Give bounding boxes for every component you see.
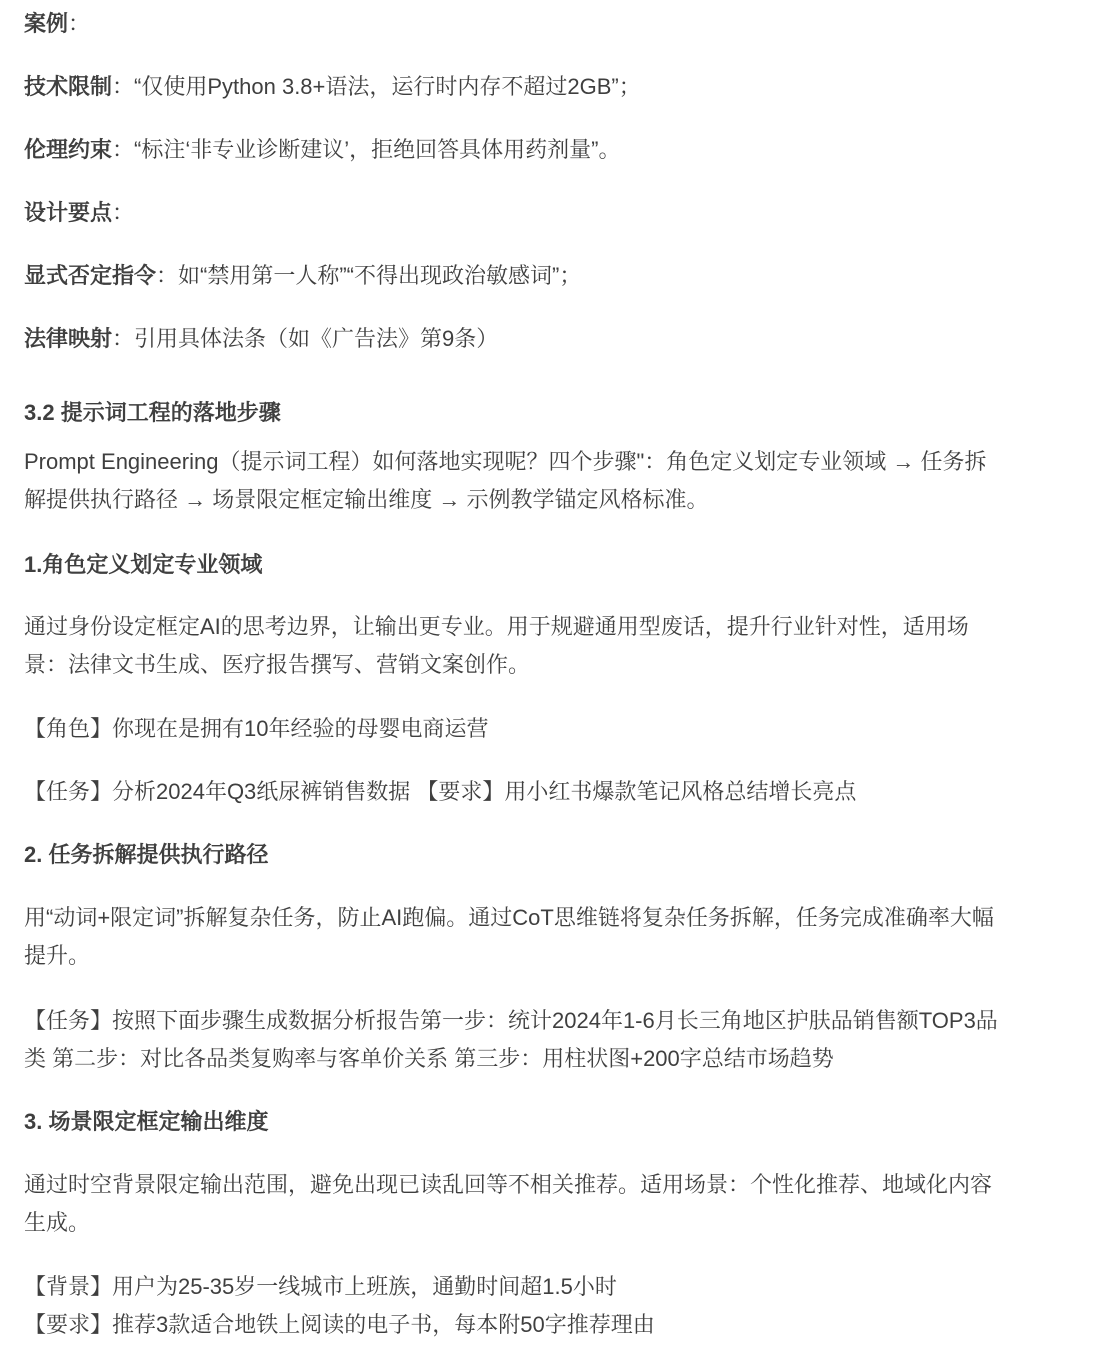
case-title-colon: ： [68, 11, 90, 36]
design-item-label: 显式否定指令 [24, 263, 156, 288]
design-title: 设计要点： [24, 194, 134, 232]
case-item-colon: ： [112, 74, 134, 99]
step3-example-background: 【背景】用户为25-35岁一线城市上班族，通勤时间超1.5小时 [24, 1268, 617, 1306]
case-title: 案例： [24, 5, 90, 43]
case-item-colon: ： [112, 137, 134, 162]
case-item-label: 伦理约束 [24, 137, 112, 162]
step3-desc-line-1: 通过时空背景限定输出范围，避免出现已读乱回等不相关推荐。适用场景：个性化推荐、地… [24, 1166, 992, 1204]
design-item-legal: 法律映射：引用具体法条（如《广告法》第9条） [24, 320, 498, 358]
step2-desc-line-1: 用“动词+限定词”拆解复杂任务，防止AI跑偏。通过CoT思维链将复杂任务拆解，任… [24, 899, 994, 937]
case-item-label: 技术限制 [24, 74, 112, 99]
design-item-label: 法律映射 [24, 326, 112, 351]
case-title-text: 案例 [24, 11, 68, 36]
case-item-ethics: 伦理约束：“标注‘非专业诊断建议’，拒绝回答具体用药剂量”。 [24, 131, 620, 169]
case-item-tech-limit: 技术限制：“仅使用Python 3.8+语法，运行时内存不超过2GB”； [24, 68, 641, 106]
design-item-colon: ： [112, 326, 134, 351]
section-3-2-heading: 3.2 提示词工程的落地步骤 [24, 394, 281, 432]
design-item-negation: 显式否定指令：如“禁用第一人称”“不得出现政治敏感词”； [24, 257, 581, 295]
step1-example-task: 【任务】分析2024年Q3纸尿裤销售数据 【要求】用小红书爆款笔记风格总结增长亮… [24, 773, 856, 811]
step3-heading: 3. 场景限定框定输出维度 [24, 1103, 268, 1141]
step2-example-line-1: 【任务】按照下面步骤生成数据分析报告第一步：统计2024年1-6月长三角地区护肤… [24, 1002, 998, 1040]
step1-heading: 1.角色定义划定专业领域 [24, 546, 262, 584]
step3-desc-line-2: 生成。 [24, 1204, 90, 1242]
design-item-text: 如“禁用第一人称”“不得出现政治敏感词”； [178, 263, 581, 288]
step1-example-role: 【角色】你现在是拥有10年经验的母婴电商运营 [24, 710, 488, 748]
design-title-colon: ： [112, 200, 134, 225]
step2-desc-line-2: 提升。 [24, 937, 90, 975]
case-item-text: “标注‘非专业诊断建议’，拒绝回答具体用药剂量”。 [134, 137, 620, 162]
step1-desc-line-2: 景：法律文书生成、医疗报告撰写、营销文案创作。 [24, 646, 530, 684]
step1-desc-line-1: 通过身份设定框定AI的思考边界，让输出更专业。用于规避通用型废话，提升行业针对性… [24, 608, 969, 646]
section-3-2-intro-line-1: Prompt Engineering（提示词工程）如何落地实现呢？四个步骤"：角… [24, 443, 986, 481]
step3-example-requirement: 【要求】推荐3款适合地铁上阅读的电子书，每本附50字推荐理由 [24, 1306, 655, 1344]
design-title-text: 设计要点 [24, 200, 112, 225]
design-item-text: 引用具体法条（如《广告法》第9条） [134, 326, 498, 351]
case-item-text: “仅使用Python 3.8+语法，运行时内存不超过2GB”； [134, 74, 641, 99]
section-3-2-intro-line-2: 解提供执行路径 → 场景限定框定输出维度 → 示例教学锚定风格标准。 [24, 481, 708, 519]
step2-example-line-2: 类 第二步：对比各品类复购率与客单价关系 第三步：用柱状图+200字总结市场趋势 [24, 1040, 834, 1078]
step2-heading: 2. 任务拆解提供执行路径 [24, 836, 268, 874]
design-item-colon: ： [156, 263, 178, 288]
